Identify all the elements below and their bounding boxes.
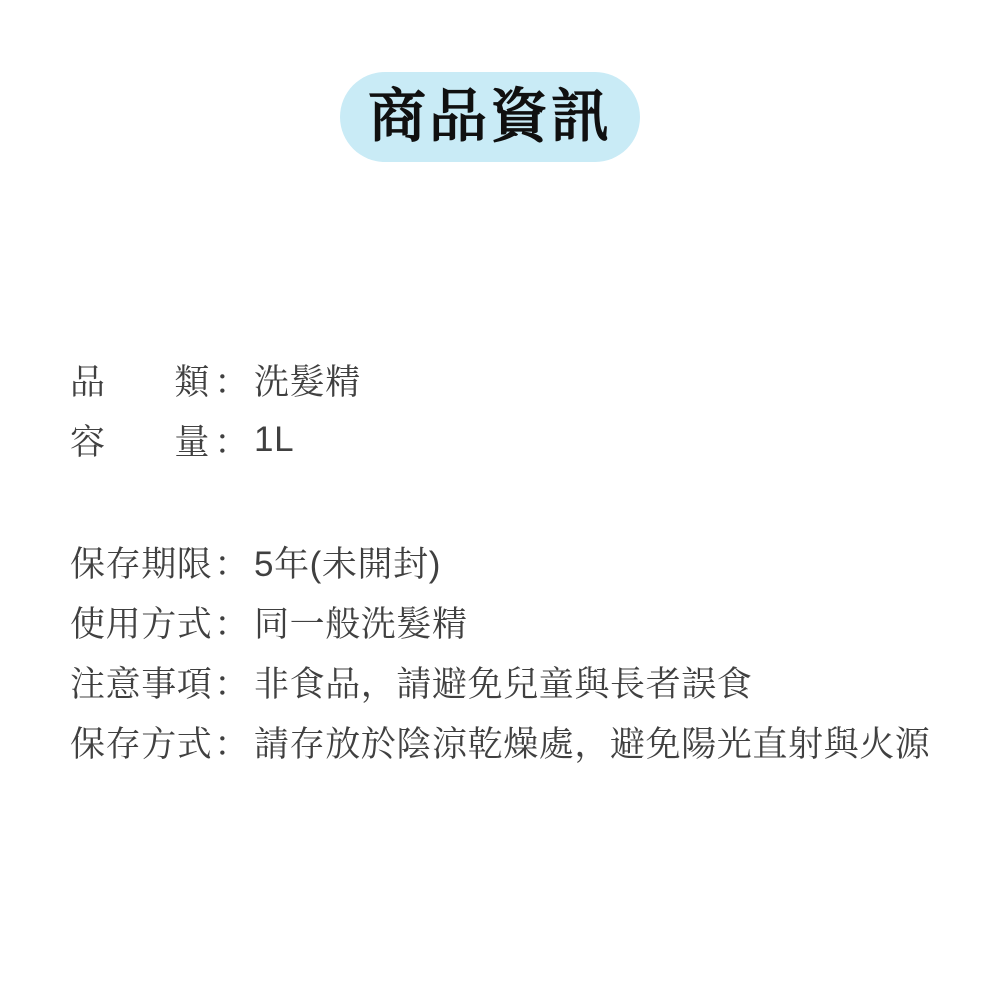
section-title-badge: 商品資訊 [340, 72, 640, 162]
spec-row-capacity: 容量 ： 1L [70, 410, 930, 470]
spec-label-category: 品類 [70, 355, 210, 405]
spec-colon: ： [210, 597, 254, 647]
spec-colon: ： [210, 657, 254, 707]
spec-label-caution: 注意事項 [70, 657, 210, 707]
spec-value-capacity: 1L [254, 420, 294, 460]
spec-colon: ： [210, 415, 254, 465]
spec-colon: ： [210, 537, 254, 587]
spec-row-storage: 保存方式 ： 請存放於陰涼乾燥處，避免陽光直射與火源 [70, 712, 930, 772]
spec-label-usage: 使用方式 [70, 597, 210, 647]
spec-value-shelf-life: 5年(未開封) [254, 537, 441, 587]
spec-row-caution: 注意事項 ： 非食品，請避免兒童與長者誤食 [70, 652, 930, 712]
section-title: 商品資訊 [368, 88, 612, 146]
spec-row-usage: 使用方式 ： 同一般洗髮精 [70, 592, 930, 652]
spec-group-basic: 品類 ： 洗髮精 容量 ： 1L [70, 350, 930, 470]
spec-row-category: 品類 ： 洗髮精 [70, 350, 930, 410]
spec-label-shelf-life: 保存期限 [70, 537, 210, 587]
spec-value-storage: 請存放於陰涼乾燥處，避免陽光直射與火源 [254, 717, 930, 767]
product-info-page: 商品資訊 品類 ： 洗髮精 容量 ： 1L 保存期限 ： 5年(未開封) 使用方… [0, 0, 1000, 1000]
spec-label-capacity: 容量 [70, 415, 210, 465]
spec-value-category: 洗髮精 [254, 355, 361, 405]
spec-value-usage: 同一般洗髮精 [254, 597, 468, 647]
spec-value-caution: 非食品，請避免兒童與長者誤食 [254, 657, 752, 707]
spec-colon: ： [210, 355, 254, 405]
spec-colon: ： [210, 717, 254, 767]
spec-row-shelf-life: 保存期限 ： 5年(未開封) [70, 532, 930, 592]
spec-group-usage: 保存期限 ： 5年(未開封) 使用方式 ： 同一般洗髮精 注意事項 ： 非食品，… [70, 532, 930, 772]
spec-label-storage: 保存方式 [70, 717, 210, 767]
spec-list: 品類 ： 洗髮精 容量 ： 1L 保存期限 ： 5年(未開封) 使用方式 ： 同… [70, 350, 930, 772]
